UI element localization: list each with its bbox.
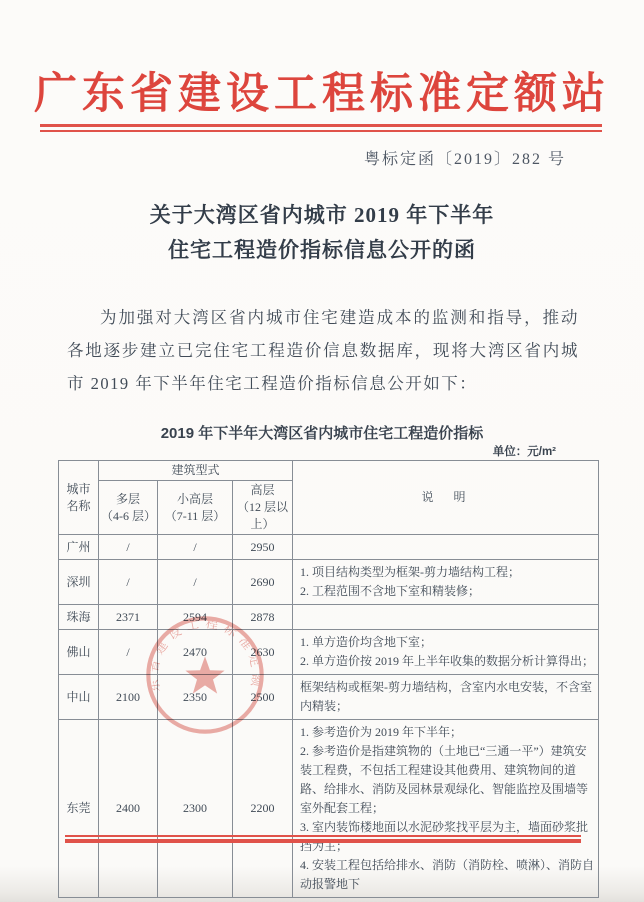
header-mid-high-rise: 小高层 （7-11 层） xyxy=(158,481,233,535)
notes-cell: 1. 项目结构类型为框架-剪力墙结构工程； 2. 工程范围不含地下室和精装修； xyxy=(293,560,599,605)
unit-label: 单位：元/m² xyxy=(493,443,556,459)
cost-index-table: 城市名称 建筑型式 说 明 多层 （4-6 层） 小高层 （7-11 层） 高层… xyxy=(58,460,599,898)
notes-cell xyxy=(293,535,599,560)
notes-cell: 框架结构或框架-剪力墙结构，含室内水电安装，不含室内精装； xyxy=(293,675,599,720)
document-title-line2: 住宅工程造价指标信息公开的函 xyxy=(0,233,644,268)
multi-value-cell: / xyxy=(99,560,158,605)
footer-divider xyxy=(65,835,581,843)
high-value-cell: 2950 xyxy=(233,535,293,560)
table-row-shenzhen: 深圳 / / 2690 1. 项目结构类型为框架-剪力墙结构工程； 2. 工程范… xyxy=(59,560,599,605)
table-row-zhuhai: 珠海 2371 2594 2878 xyxy=(59,605,599,630)
city-cell: 东莞 xyxy=(59,720,99,898)
document-title: 关于大湾区省内城市 2019 年下半年 住宅工程造价指标信息公开的函 xyxy=(0,198,644,268)
high-value-cell: 2500 xyxy=(233,675,293,720)
notes-cell xyxy=(293,605,599,630)
multi-value-cell: 2100 xyxy=(99,675,158,720)
multi-value-cell: 2400 xyxy=(99,720,158,898)
mid-high-value-cell: 2350 xyxy=(158,675,233,720)
document-title-line1: 关于大湾区省内城市 2019 年下半年 xyxy=(0,198,644,233)
notes-cell: 1. 单方造价均含地下室； 2. 单方造价按 2019 年上半年收集的数据分析计… xyxy=(293,630,599,675)
multi-value-cell: 2371 xyxy=(99,605,158,630)
table-row-guangzhou: 广州 / / 2950 xyxy=(59,535,599,560)
high-value-cell: 2200 xyxy=(233,720,293,898)
table-row-zhongshan: 中山 2100 2350 2500 框架结构或框架-剪力墙结构，含室内水电安装，… xyxy=(59,675,599,720)
body-paragraph: 为加强对大湾区省内城市住宅建造成本的监测和指导，推动各地逐步建立已完住宅工程造价… xyxy=(67,301,579,400)
multi-value-cell: / xyxy=(99,630,158,675)
header-multi-storey: 多层 （4-6 层） xyxy=(99,481,158,535)
scanned-document-page: 广东省建设工程标准定额站 粤标定函〔2019〕282 号 关于大湾区省内城市 2… xyxy=(0,0,644,902)
multi-value-cell: / xyxy=(99,535,158,560)
city-cell: 深圳 xyxy=(59,560,99,605)
document-number: 粤标定函〔2019〕282 号 xyxy=(364,146,566,169)
high-value-cell: 2690 xyxy=(233,560,293,605)
header-notes: 说 明 xyxy=(293,461,599,535)
high-value-cell: 2878 xyxy=(233,605,293,630)
high-value-cell: 2630 xyxy=(233,630,293,675)
header-building-type-group: 建筑型式 xyxy=(99,461,293,481)
mid-high-value-cell: / xyxy=(158,535,233,560)
city-cell: 佛山 xyxy=(59,630,99,675)
city-cell: 广州 xyxy=(59,535,99,560)
mid-high-value-cell: 2594 xyxy=(158,605,233,630)
city-cell: 珠海 xyxy=(59,605,99,630)
letterhead-title: 广东省建设工程标准定额站 xyxy=(0,60,644,121)
header-city: 城市名称 xyxy=(59,461,99,535)
notes-cell: 1. 参考造价为 2019 年下半年； 2. 参考造价是指建筑物的（土地已“三通… xyxy=(293,720,599,898)
mid-high-value-cell: 2300 xyxy=(158,720,233,898)
table-row-foshan: 佛山 / 2470 2630 1. 单方造价均含地下室； 2. 单方造价按 20… xyxy=(59,630,599,675)
mid-high-value-cell: / xyxy=(158,560,233,605)
mid-high-value-cell: 2470 xyxy=(158,630,233,675)
city-cell: 中山 xyxy=(59,675,99,720)
header-divider xyxy=(40,124,602,132)
header-high-rise: 高层 （12 层以上） xyxy=(233,481,293,535)
table-row-dongguan: 东莞 2400 2300 2200 1. 参考造价为 2019 年下半年； 2.… xyxy=(59,720,599,898)
table-title: 2019 年下半年大湾区省内城市住宅工程造价指标 xyxy=(0,422,644,443)
